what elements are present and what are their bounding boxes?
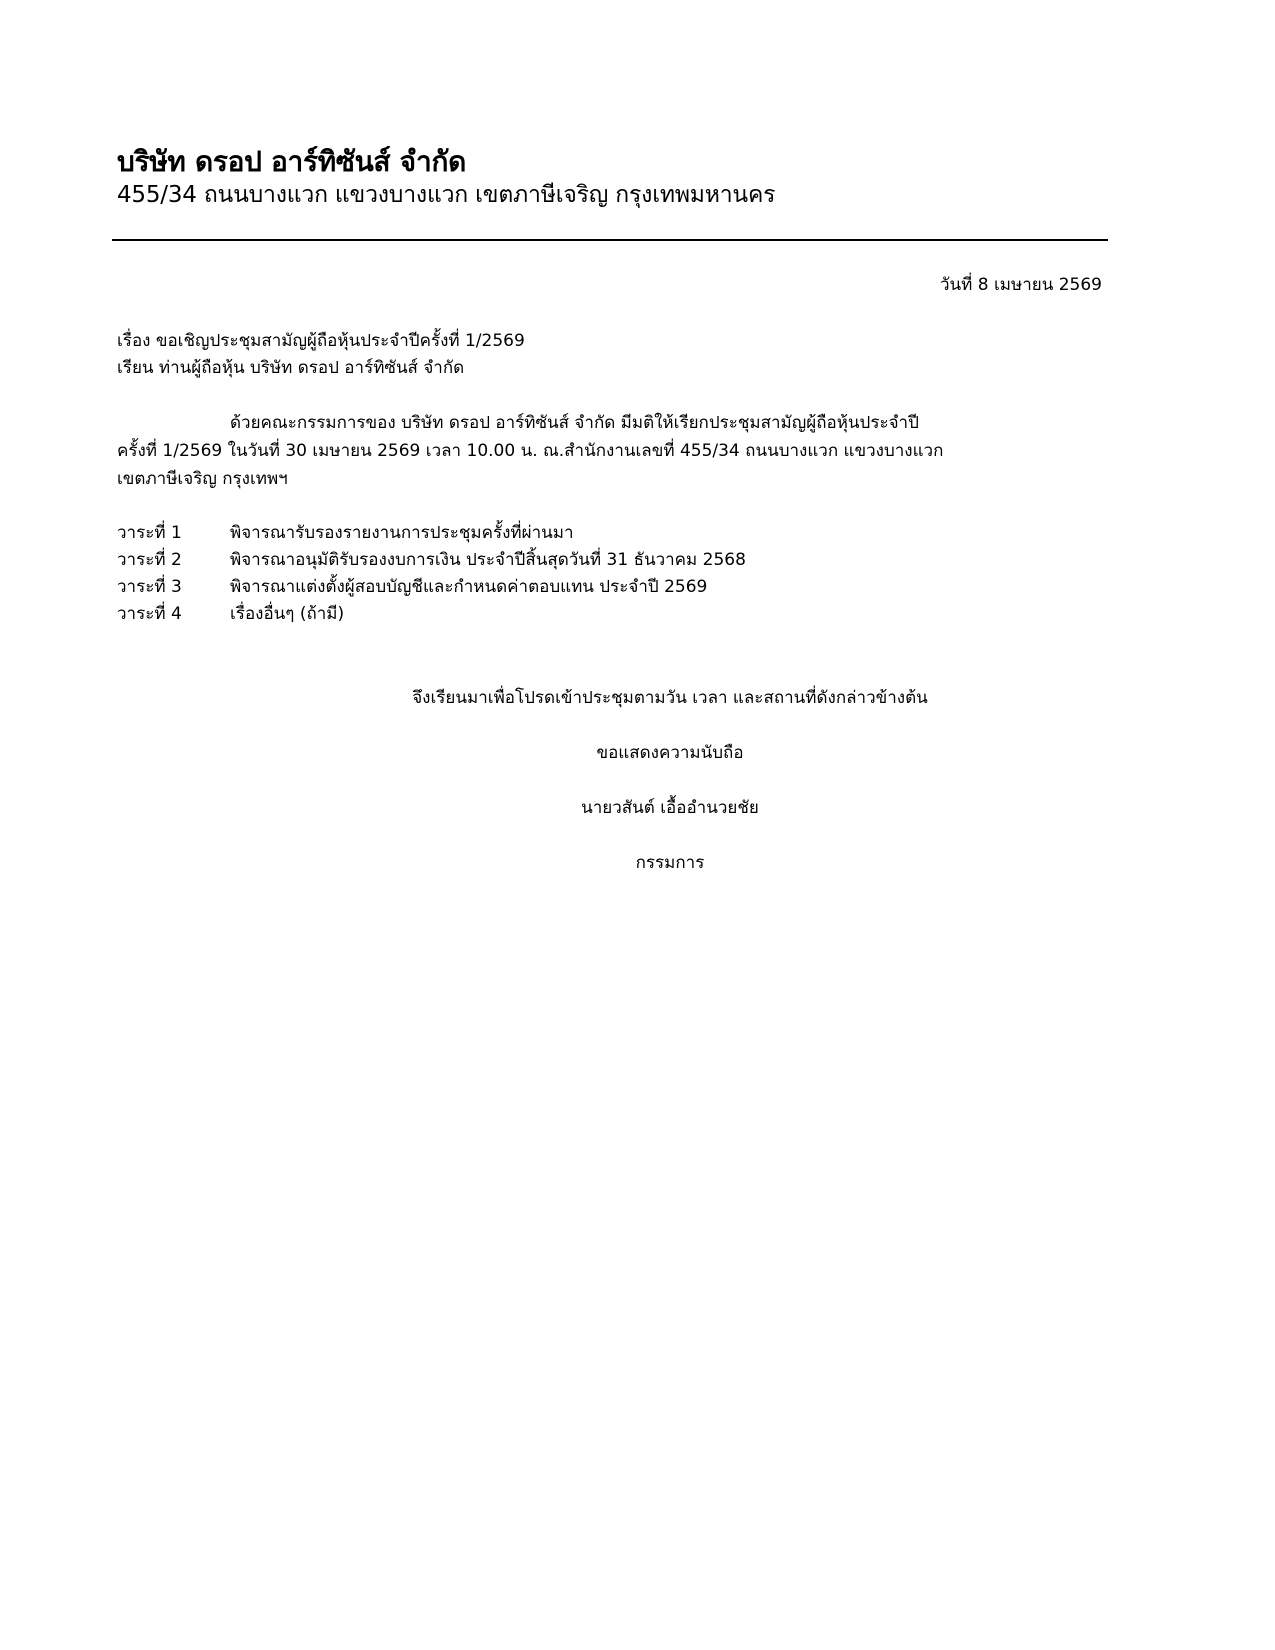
agenda-item: วาระที่ 4เรื่องอื่นๆ (ถ้ามี) — [117, 600, 344, 627]
signatory-name: นายวสันต์ เอื้ออำนวยชัย — [0, 794, 1275, 821]
agenda-text: พิจารณาแต่งตั้งผู้สอบบัญชีและกำหนดค่าตอบ… — [230, 573, 707, 600]
agenda-text: พิจารณาอนุมัติรับรองงบการเงิน ประจำปีสิ้… — [230, 546, 746, 573]
agenda-item: วาระที่ 1พิจารณารับรองรายงานการประชุมครั… — [117, 519, 574, 546]
agenda-text: พิจารณารับรองรายงานการประชุมครั้งที่ผ่าน… — [230, 519, 574, 546]
letter-date: วันที่ 8 เมษายน 2569 — [940, 271, 1102, 298]
salutation-line: เรียน ท่านผู้ถือหุ้น บริษัท ดรอป อาร์ทิซ… — [117, 354, 464, 381]
body-line: ด้วยคณะกรรมการของ บริษัท ดรอป อาร์ทิซันส… — [230, 409, 919, 436]
body-line: ครั้งที่ 1/2569 ในวันที่ 30 เมษายน 2569 … — [117, 437, 943, 464]
agenda-text: เรื่องอื่นๆ (ถ้ามี) — [230, 600, 344, 627]
header-divider — [112, 239, 1108, 241]
valediction: ขอแสดงความนับถือ — [0, 739, 1275, 766]
agenda-label: วาระที่ 2 — [117, 546, 230, 573]
agenda-label: วาระที่ 3 — [117, 573, 230, 600]
agenda-item: วาระที่ 3พิจารณาแต่งตั้งผู้สอบบัญชีและกำ… — [117, 573, 707, 600]
agenda-label: วาระที่ 1 — [117, 519, 230, 546]
company-address: 455/34 ถนนบางแวก แขวงบางแวก เขตภาษีเจริญ… — [117, 177, 775, 213]
subject-line: เรื่อง ขอเชิญประชุมสามัญผู้ถือหุ้นประจำป… — [117, 327, 525, 354]
closing-statement: จึงเรียนมาเพื่อโปรดเข้าประชุมตามวัน เวลา… — [0, 684, 1275, 711]
agenda-item: วาระที่ 2พิจารณาอนุมัติรับรองงบการเงิน ป… — [117, 546, 746, 573]
body-line: เขตภาษีเจริญ กรุงเทพฯ — [117, 465, 288, 492]
agenda-label: วาระที่ 4 — [117, 600, 230, 627]
signatory-title: กรรมการ — [0, 849, 1275, 876]
